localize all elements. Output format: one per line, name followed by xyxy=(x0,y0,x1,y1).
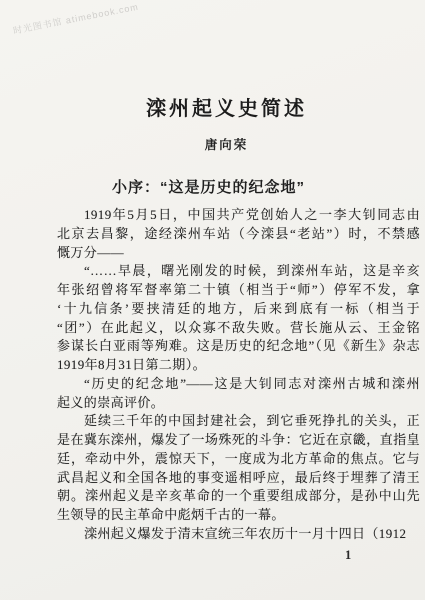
text-line: 廷，牵动中外，震惊天下，一度成为北方革命的焦点。它与 xyxy=(57,450,420,469)
text-line: 1919年5月5日，中国共产党创始人之一李大钊同志由 xyxy=(57,206,420,225)
section-heading: 小序：“这是历史的纪念地” xyxy=(10,176,407,197)
author-name: 唐向荣 xyxy=(28,135,425,153)
text-line: 滦州起义爆发于清末宣统三年农历十一月十四日（1912 xyxy=(57,525,420,544)
text-line: 起义的崇高评价。 xyxy=(57,394,420,413)
text-line: 1919年8月31日第二期）。 xyxy=(57,356,420,375)
text-line: 参谋长白亚雨等殉难。这是历史的纪念地”（见《新生》杂志 xyxy=(57,337,420,356)
watermark: 时光图书馆 atimebook.com xyxy=(12,0,140,37)
scanned-page: 时光图书馆 atimebook.com 滦州起义史简述 唐向荣 小序：“这是历史… xyxy=(0,0,425,600)
text-line: “团”）在此起义，以众寡不敌失败。营长施从云、王金铭 xyxy=(57,319,420,338)
text-line: 北京去昌黎，途经滦州车站（今滦县“老站”）时，不禁感 xyxy=(57,225,420,244)
text-line: “历史的纪念地”——这是大钊同志对滦州古城和滦州 xyxy=(57,375,420,394)
text-line: 武昌起义和全国各地的事变遥相呼应，最后终于埋葬了清王 xyxy=(57,469,420,488)
text-line: 是在冀东滦州，爆发了一场殊死的斗争：它近在京畿，直指皇 xyxy=(57,431,420,450)
page-title: 滦州起义史简述 xyxy=(28,92,425,121)
text-line: 生领导的民主革命中彪炳千古的一幕。 xyxy=(57,506,420,525)
text-line: 朝。滦州起义是辛亥革命的一个重要组成部分，是孙中山先 xyxy=(57,487,420,506)
article-body: 1919年5月5日，中国共产党创始人之一李大钊同志由 北京去昌黎，途经滦州车站（… xyxy=(57,206,420,544)
text-line: ‘十九信条’要挟清廷的地方，后来到底有一标（相当于 xyxy=(57,300,420,319)
text-line: 慨万分—— xyxy=(57,244,420,263)
text-line: 延续三千年的中国封建社会，到它垂死挣扎的关头，正 xyxy=(57,412,420,431)
text-line: 年张绍曾将军督率第二十镇（相当于“师”）停军不发，拿 xyxy=(57,281,420,300)
text-line: “……早晨，曙光刚发的时候，到滦州车站，这是辛亥 xyxy=(57,262,420,281)
page-number: 1 xyxy=(345,548,351,563)
